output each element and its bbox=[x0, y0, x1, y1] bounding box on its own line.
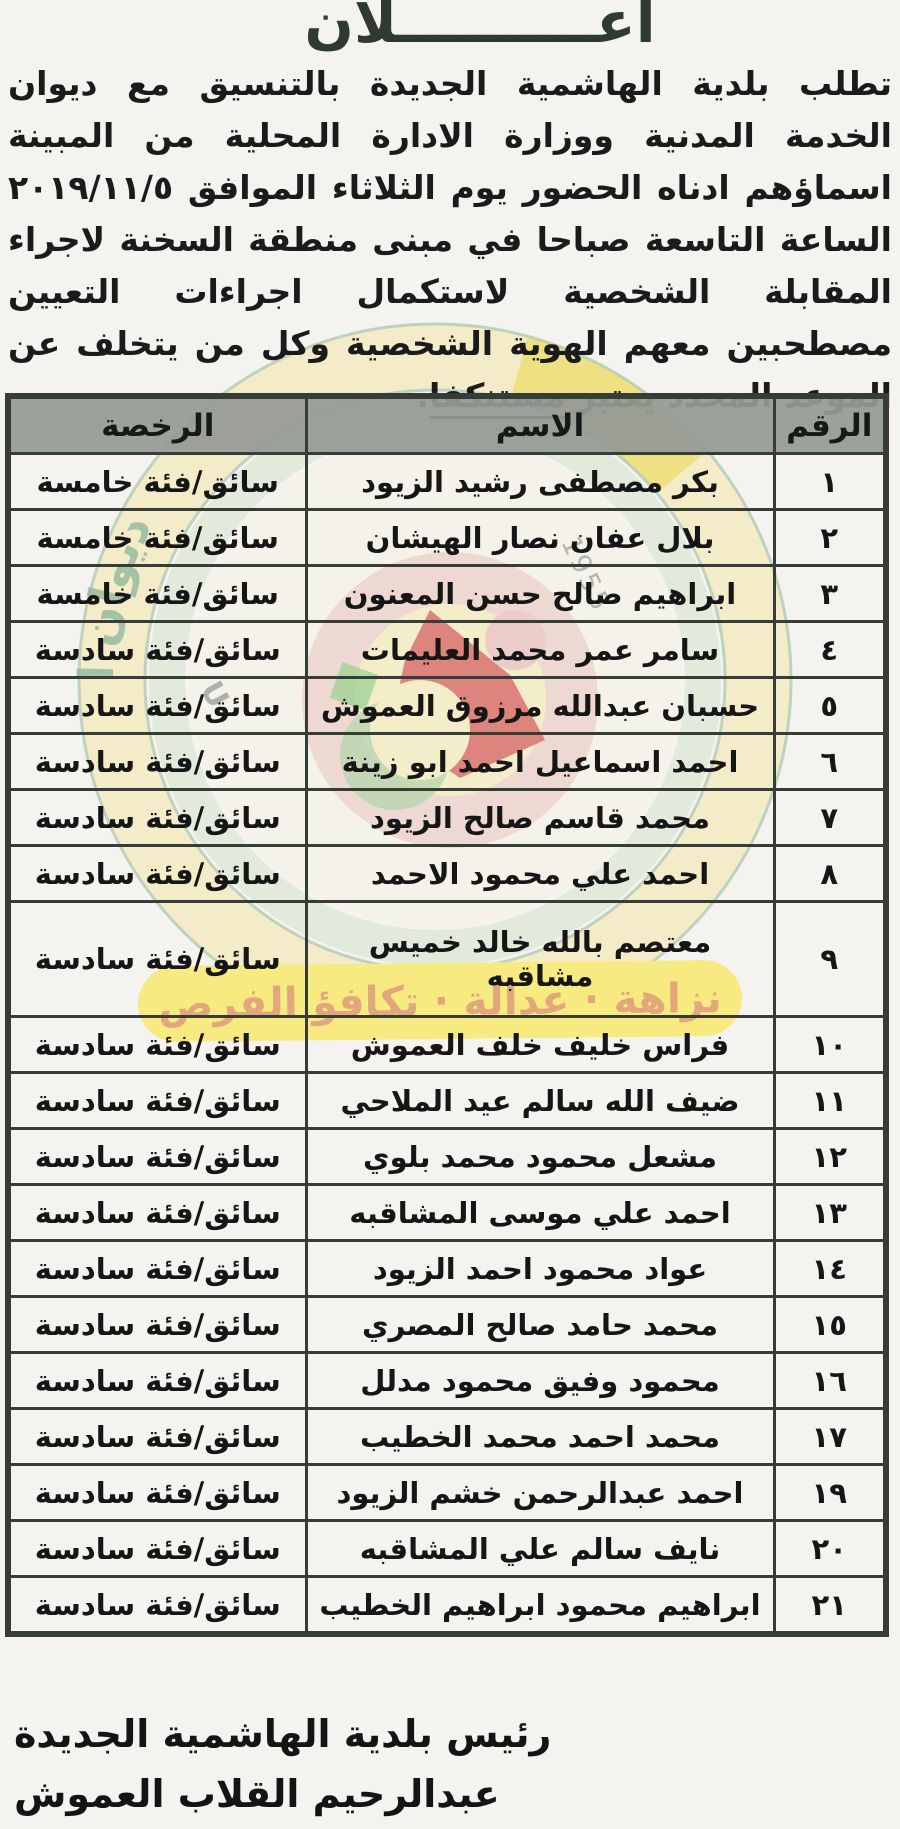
table-row: ٥حسبان عبدالله مرزوق العموشسائق/فئة سادس… bbox=[8, 678, 886, 734]
license-cell: سائق/فئة سادسة bbox=[8, 1353, 306, 1409]
applicant-name-cell: محمد حامد صالح المصري bbox=[306, 1297, 774, 1353]
row-number-cell: ١٤ bbox=[774, 1241, 886, 1297]
table-row: ٩معتصم بالله خالد خميس مشاقبهسائق/فئة سا… bbox=[8, 902, 886, 1017]
applicant-name-cell: بكر مصطفى رشيد الزيود bbox=[306, 454, 774, 510]
license-cell: سائق/فئة سادسة bbox=[8, 846, 306, 902]
applicant-name-cell: مشعل محمود محمد بلوي bbox=[306, 1129, 774, 1185]
applicant-name-cell: احمد علي محمود الاحمد bbox=[306, 846, 774, 902]
license-cell: سائق/فئة سادسة bbox=[8, 1241, 306, 1297]
table-row: ١بكر مصطفى رشيد الزيودسائق/فئة خامسة bbox=[8, 454, 886, 510]
applicant-name-cell: بلال عفان نصار الهيشان bbox=[306, 510, 774, 566]
license-cell: سائق/فئة سادسة bbox=[8, 622, 306, 678]
applicant-name-cell: محمود وفيق محمود مدلل bbox=[306, 1353, 774, 1409]
row-number-cell: ١١ bbox=[774, 1073, 886, 1129]
table-row: ١٦محمود وفيق محمود مدللسائق/فئة سادسة bbox=[8, 1353, 886, 1409]
applicant-name-cell: معتصم بالله خالد خميس مشاقبه bbox=[306, 902, 774, 1017]
applicant-name-cell: فراس خليف خلف العموش bbox=[306, 1017, 774, 1073]
applicants-table: الرقم الاسم الرخصة ١بكر مصطفى رشيد الزيو… bbox=[5, 393, 889, 1637]
license-cell: سائق/فئة خامسة bbox=[8, 454, 306, 510]
license-cell: سائق/فئة سادسة bbox=[8, 734, 306, 790]
header-license: الرخصة bbox=[8, 396, 306, 454]
license-cell: سائق/فئة خامسة bbox=[8, 510, 306, 566]
row-number-cell: ٧ bbox=[774, 790, 886, 846]
table-row: ٨احمد علي محمود الاحمدسائق/فئة سادسة bbox=[8, 846, 886, 902]
license-cell: سائق/فئة سادسة bbox=[8, 1297, 306, 1353]
license-cell: سائق/فئة سادسة bbox=[8, 1521, 306, 1577]
license-cell: سائق/فئة سادسة bbox=[8, 1073, 306, 1129]
applicant-name-cell: ابراهيم صالح حسن المعنون bbox=[306, 566, 774, 622]
applicant-name-cell: سامر عمر محمد العليمات bbox=[306, 622, 774, 678]
header-name: الاسم bbox=[306, 396, 774, 454]
table-row: ٢بلال عفان نصار الهيشانسائق/فئة خامسة bbox=[8, 510, 886, 566]
row-number-cell: ١٧ bbox=[774, 1409, 886, 1465]
row-number-cell: ٨ bbox=[774, 846, 886, 902]
row-number-cell: ٢ bbox=[774, 510, 886, 566]
table-row: ١١ضيف الله سالم عيد الملاحيسائق/فئة سادس… bbox=[8, 1073, 886, 1129]
body-text-main: تطلب بلدية الهاشمية الجديدة بالتنسيق مع … bbox=[8, 64, 892, 415]
signature-name: عبدالرحيم القلاب العموش bbox=[14, 1772, 500, 1816]
applicants-table-body: ١بكر مصطفى رشيد الزيودسائق/فئة خامسة٢بلا… bbox=[8, 454, 886, 1635]
row-number-cell: ٢١ bbox=[774, 1577, 886, 1635]
license-cell: سائق/فئة سادسة bbox=[8, 1465, 306, 1521]
license-cell: سائق/فئة سادسة bbox=[8, 678, 306, 734]
table-row: ١٤عواد محمود احمد الزيودسائق/فئة سادسة bbox=[8, 1241, 886, 1297]
table-row: ١٧محمد احمد محمد الخطيبسائق/فئة سادسة bbox=[8, 1409, 886, 1465]
applicant-name-cell: احمد علي موسى المشاقبه bbox=[306, 1185, 774, 1241]
applicant-name-cell: ضيف الله سالم عيد الملاحي bbox=[306, 1073, 774, 1129]
applicants-table-header: الرقم الاسم الرخصة bbox=[8, 396, 886, 454]
applicant-name-cell: عواد محمود احمد الزيود bbox=[306, 1241, 774, 1297]
applicant-name-cell: حسبان عبدالله مرزوق العموش bbox=[306, 678, 774, 734]
header-number: الرقم bbox=[774, 396, 886, 454]
license-cell: سائق/فئة سادسة bbox=[8, 790, 306, 846]
row-number-cell: ١٩ bbox=[774, 1465, 886, 1521]
license-cell: سائق/فئة سادسة bbox=[8, 1129, 306, 1185]
announcement-body-paragraph: تطلب بلدية الهاشمية الجديدة بالتنسيق مع … bbox=[8, 58, 892, 422]
license-cell: سائق/فئة سادسة bbox=[8, 1577, 306, 1635]
table-row: ٣ابراهيم صالح حسن المعنونسائق/فئة خامسة bbox=[8, 566, 886, 622]
row-number-cell: ٤ bbox=[774, 622, 886, 678]
row-number-cell: ١٢ bbox=[774, 1129, 886, 1185]
table-row: ٦احمد اسماعيل احمد ابو زينةسائق/فئة سادس… bbox=[8, 734, 886, 790]
applicant-name-cell: ابراهيم محمود ابراهيم الخطيب bbox=[306, 1577, 774, 1635]
applicant-name-cell: محمد قاسم صالح الزيود bbox=[306, 790, 774, 846]
row-number-cell: ١٣ bbox=[774, 1185, 886, 1241]
row-number-cell: ١ bbox=[774, 454, 886, 510]
row-number-cell: ٢٠ bbox=[774, 1521, 886, 1577]
license-cell: سائق/فئة سادسة bbox=[8, 1185, 306, 1241]
license-cell: سائق/فئة سادسة bbox=[8, 1409, 306, 1465]
row-number-cell: ١٦ bbox=[774, 1353, 886, 1409]
applicant-name-cell: احمد عبدالرحمن خشم الزيود bbox=[306, 1465, 774, 1521]
applicant-name-cell: نايف سالم علي المشاقبه bbox=[306, 1521, 774, 1577]
table-row: ١٠فراس خليف خلف العموشسائق/فئة سادسة bbox=[8, 1017, 886, 1073]
table-row: ٢٠نايف سالم علي المشاقبهسائق/فئة سادسة bbox=[8, 1521, 886, 1577]
row-number-cell: ٩ bbox=[774, 902, 886, 1017]
row-number-cell: ٦ bbox=[774, 734, 886, 790]
table-row: ٤سامر عمر محمد العليماتسائق/فئة سادسة bbox=[8, 622, 886, 678]
row-number-cell: ١٥ bbox=[774, 1297, 886, 1353]
table-row: ١٩احمد عبدالرحمن خشم الزيودسائق/فئة سادس… bbox=[8, 1465, 886, 1521]
row-number-cell: ١٠ bbox=[774, 1017, 886, 1073]
license-cell: سائق/فئة سادسة bbox=[8, 1017, 306, 1073]
header-row: الرقم الاسم الرخصة bbox=[8, 396, 886, 454]
signature-title: رئيس بلدية الهاشمية الجديدة bbox=[14, 1712, 551, 1756]
row-number-cell: ٣ bbox=[774, 566, 886, 622]
row-number-cell: ٥ bbox=[774, 678, 886, 734]
applicant-name-cell: احمد اسماعيل احمد ابو زينة bbox=[306, 734, 774, 790]
table-row: ٢١ابراهيم محمود ابراهيم الخطيبسائق/فئة س… bbox=[8, 1577, 886, 1635]
scanned-announcement-page: ديوان الخدمة المدنية CIVIL SERVICE BUREA… bbox=[0, 0, 900, 1829]
license-cell: سائق/فئة خامسة bbox=[8, 566, 306, 622]
announcement-title: اعــــــــــلان bbox=[0, 0, 900, 56]
applicant-name-cell: محمد احمد محمد الخطيب bbox=[306, 1409, 774, 1465]
table-row: ٧محمد قاسم صالح الزيودسائق/فئة سادسة bbox=[8, 790, 886, 846]
table-row: ١٢مشعل محمود محمد بلويسائق/فئة سادسة bbox=[8, 1129, 886, 1185]
license-cell: سائق/فئة سادسة bbox=[8, 902, 306, 1017]
table-row: ١٣احمد علي موسى المشاقبهسائق/فئة سادسة bbox=[8, 1185, 886, 1241]
table-row: ١٥محمد حامد صالح المصريسائق/فئة سادسة bbox=[8, 1297, 886, 1353]
